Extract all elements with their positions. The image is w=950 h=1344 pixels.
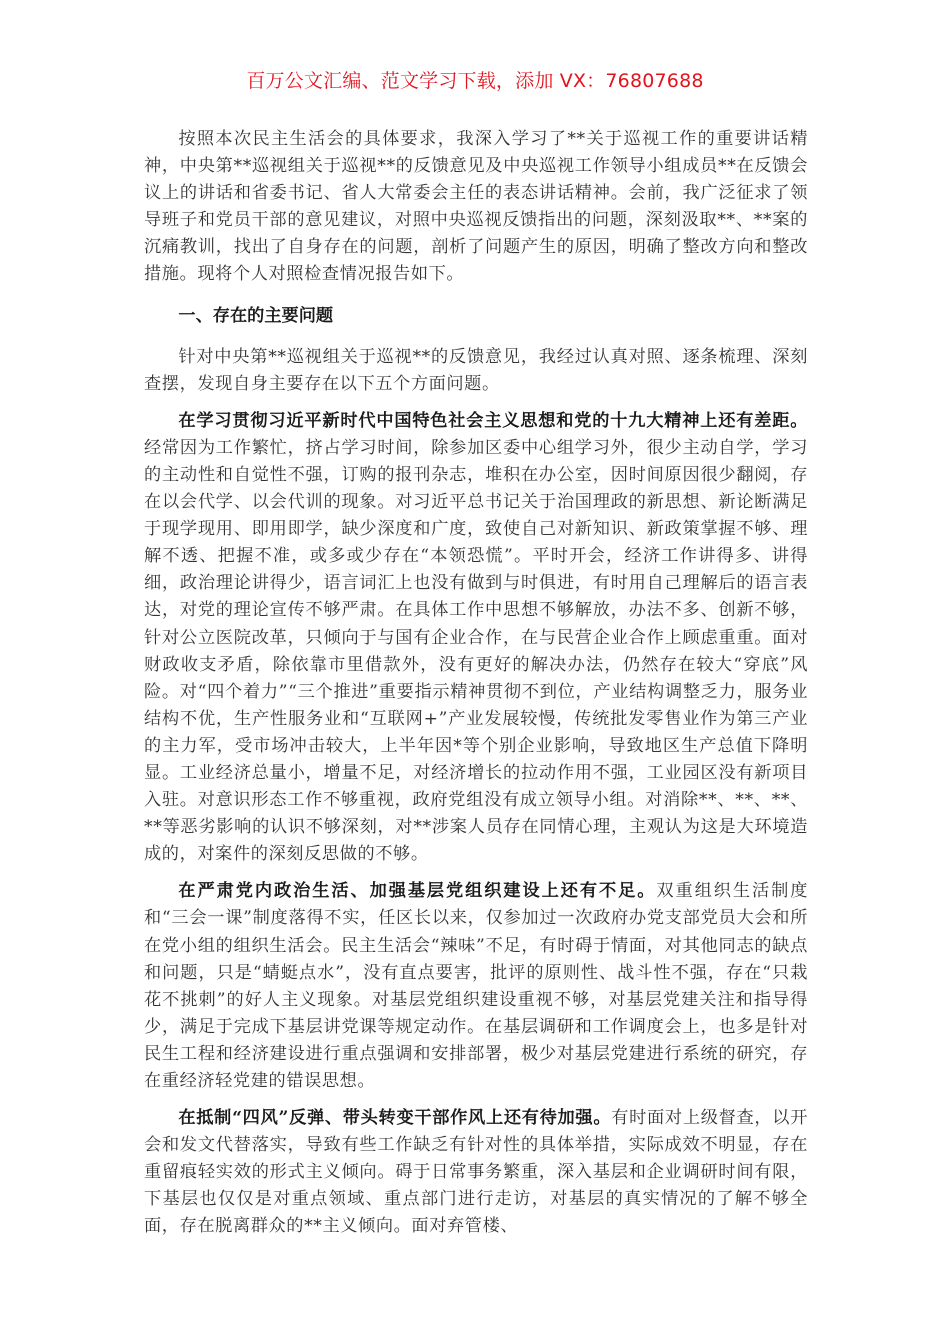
problem-title: 在抵制“四风”反弹、带头转变干部作风上还有待加强。 xyxy=(178,1108,611,1128)
problem-body: 双重组织生活制度和“三会一课”制度落得不实，任区长以来，仅参加过一次政府办党支部… xyxy=(144,881,808,1091)
problem-body: 经常因为工作繁忙，挤占学习时间，除参加区委中心组学习外，很少主动自学，学习的主动… xyxy=(144,438,808,864)
problem-paragraph-3: 在抵制“四风”反弹、带头转变干部作风上还有待加强。有时面对上级督查，以开会和发文… xyxy=(144,1105,808,1240)
problem-paragraph-2: 在严肃党内政治生活、加强基层党组织建设上还有不足。双重组织生活制度和“三会一课”… xyxy=(144,878,808,1095)
problem-paragraph-1: 在学习贯彻习近平新时代中国特色社会主义思想和党的十九大精神上还有差距。经常因为工… xyxy=(144,408,808,869)
problem-title: 在严肃党内政治生活、加强基层党组织建设上还有不足。 xyxy=(178,881,656,901)
problem-title: 在学习贯彻习近平新时代中国特色社会主义思想和党的十九大精神上还有差距。 xyxy=(178,411,808,431)
section-heading: 一、存在的主要问题 xyxy=(144,303,808,330)
section-intro-paragraph: 针对中央第**巡视组关于巡视**的反馈意见，我经过认真对照、逐条梳理、深刻查摆，… xyxy=(144,344,808,398)
download-banner: 百万公文汇编、范文学习下载，添加 VX：76807688 xyxy=(0,66,950,93)
intro-paragraph: 按照本次民主生活会的具体要求，我深入学习了**关于巡视工作的重要讲话精神，中央第… xyxy=(144,126,808,289)
document-body: 按照本次民主生活会的具体要求，我深入学习了**关于巡视工作的重要讲话精神，中央第… xyxy=(144,126,808,1241)
